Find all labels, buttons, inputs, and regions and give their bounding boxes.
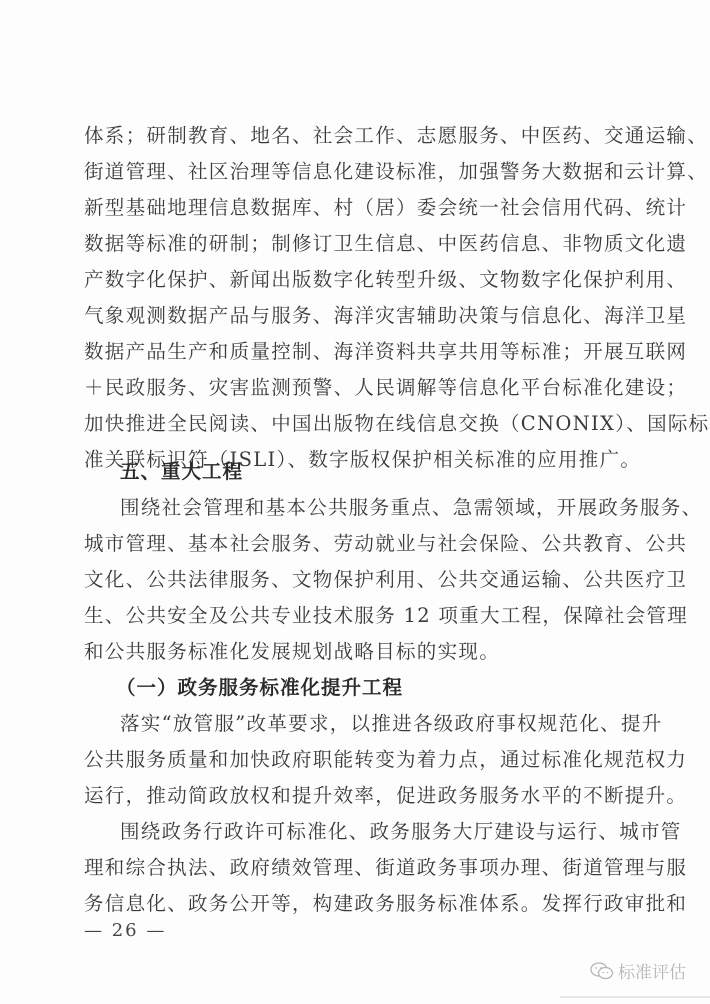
subsection-heading: （一）政务服务标准化提升工程 [116, 670, 628, 706]
page-number: — 26 — [84, 920, 166, 941]
subsection-paragraph-line: 公共服务质量和加快政府职能转变为着力点，通过标准化规范权力 [84, 742, 632, 778]
text-line: 产数字化保护、新闻出版数字化转型升级、文物数字化保护利用、 [84, 262, 632, 298]
text-line: 数据产品生产和质量控制、海洋资料共享共用等标准；开展互联网 [84, 334, 632, 370]
text-line: 体系；研制教育、地名、社会工作、志愿服务、中医药、交通运输、 [84, 118, 632, 154]
section-paragraph-line: 生、公共安全及公共专业技术服务 12 项重大工程，保障社会管理 [84, 598, 632, 634]
text-line: 新型基础地理信息数据库、村（居）委会统一社会信用代码、统计 [84, 190, 632, 226]
section-paragraph-line: 和公共服务标准化发展规划战略目标的实现。 [84, 634, 632, 670]
section-paragraph-line: 文化、公共法律服务、文物保护利用、公共交通运输、公共医疗卫 [84, 562, 632, 598]
wechat-icon [590, 962, 614, 980]
text-line: 加快推进全民阅读、中国出版物在线信息交换（CNONIX）、国际标 [84, 406, 632, 442]
text-line: 街道管理、社区治理等信息化建设标准，加强警务大数据和云计算、 [84, 154, 632, 190]
section-paragraph-line: 围绕社会管理和基本公共服务重点、急需领域，开展政务服务、 [120, 490, 632, 526]
text-line: 气象观测数据产品与服务、海洋灾害辅助决策与信息化、海洋卫星 [84, 298, 632, 334]
divider [560, 996, 710, 998]
text-line: 数据等标准的研制；制修订卫生信息、中医药信息、非物质文化遗 [84, 226, 632, 262]
subsection-paragraph-line: 围绕政务行政许可标准化、政务服务大厅建设与运行、城市管 [120, 814, 632, 850]
text-line: ＋民政服务、灾害监测预警、人民调解等信息化平台标准化建设； [84, 370, 632, 406]
subsection-paragraph-line: 理和综合执法、政府绩效管理、街道政务事项办理、街道管理与服 [84, 850, 632, 886]
subsection-paragraph-line: 务信息化、政务公开等，构建政务服务标准体系。发挥行政审批和 [84, 886, 632, 922]
document-page: 体系；研制教育、地名、社会工作、志愿服务、中医药、交通运输、 街道管理、社区治理… [0, 0, 710, 1004]
section-paragraph-line: 城市管理、基本社会服务、劳动就业与社会保险、公共教育、公共 [84, 526, 632, 562]
watermark-text: 标准评估 [618, 958, 686, 983]
subsection-paragraph-line: 运行，推动简政放权和提升效率，促进政务服务水平的不断提升。 [84, 778, 632, 814]
watermark: 标准评估 [590, 958, 686, 983]
subsection-paragraph-line: 落实“放管服”改革要求，以推进各级政府事权规范化、提升 [120, 706, 632, 742]
section-heading: 五、重大工程 [120, 454, 632, 490]
